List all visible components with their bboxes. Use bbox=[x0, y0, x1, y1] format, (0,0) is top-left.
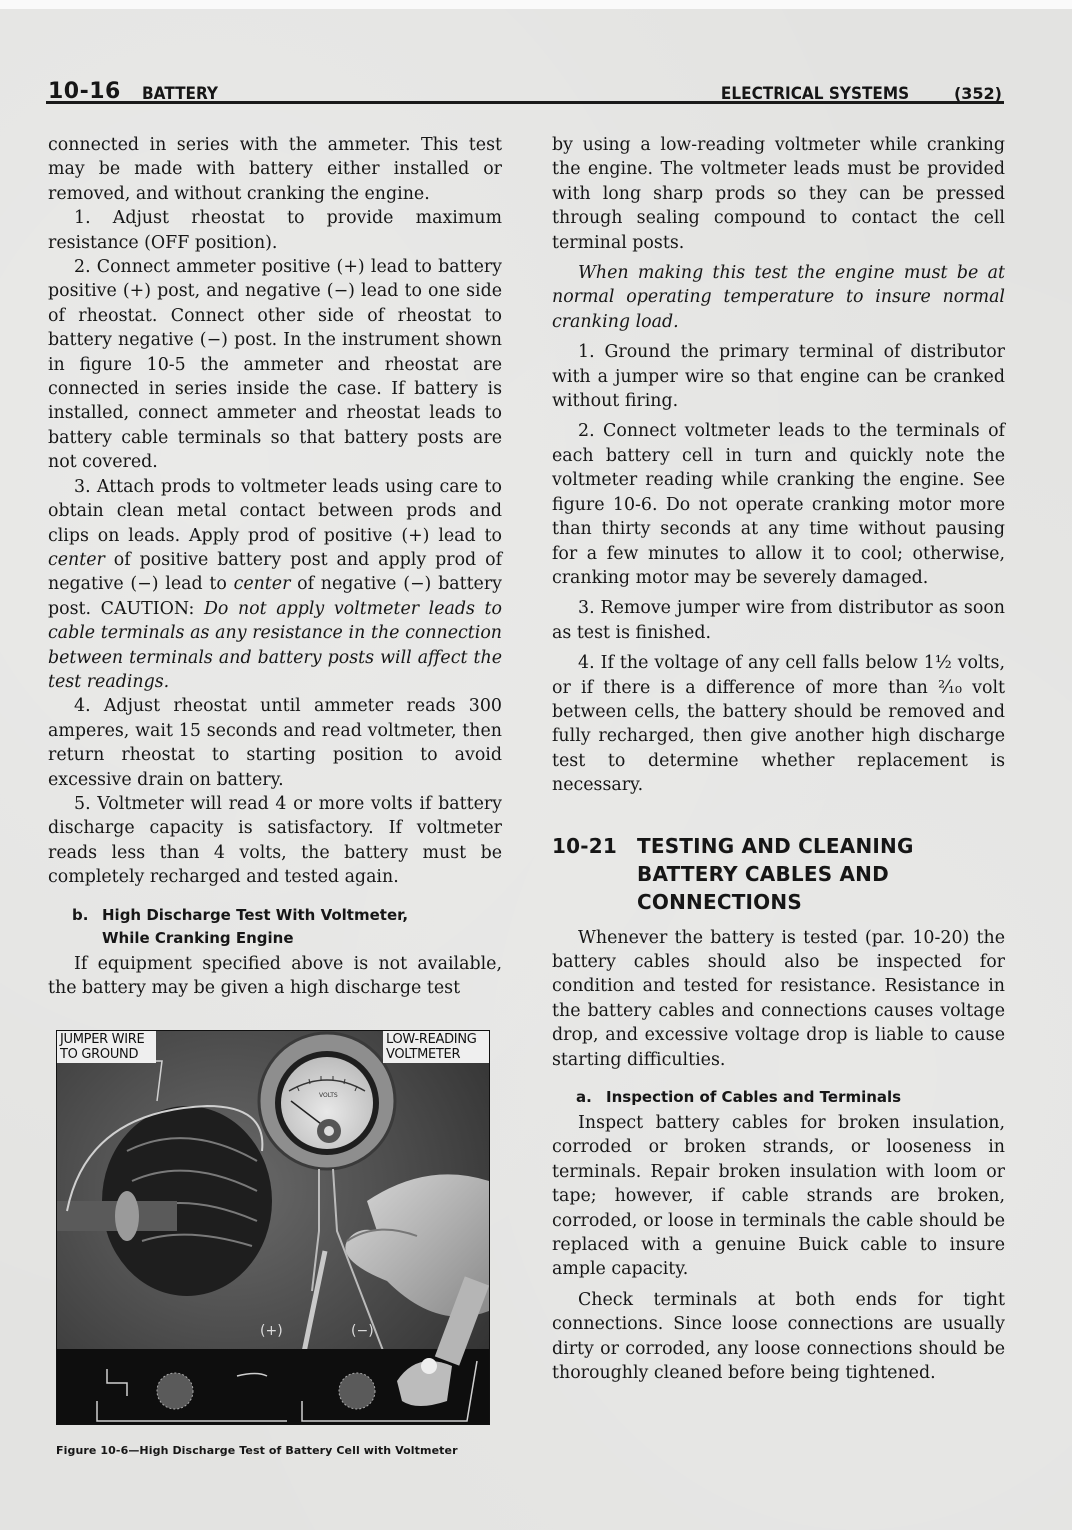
callout-jumper-wire: JUMPER WIRE TO GROUND bbox=[57, 1031, 156, 1063]
step-3-text: 3. Attach prods to voltmeter leads using… bbox=[48, 477, 502, 546]
step-5: 5. Voltmeter will read 4 or more volts i… bbox=[48, 792, 502, 890]
meter-face-text: VOLTS bbox=[319, 1092, 338, 1099]
step-2: 2. Connect ammeter positive (+) lead to … bbox=[48, 255, 502, 475]
running-header: 10-16 BATTERY ELECTRICAL SYSTEMS (352) bbox=[46, 82, 1004, 110]
scan-top-margin bbox=[0, 0, 1072, 9]
right-column: by using a low-reading voltmeter while c… bbox=[552, 133, 1005, 1385]
callout-voltmeter: LOW-READING VOLTMETER bbox=[383, 1031, 489, 1063]
paragraph: by using a low-reading voltmeter while c… bbox=[552, 133, 1005, 255]
photo-battery-test: VOLTS bbox=[57, 1031, 489, 1424]
section-number: 10-21 bbox=[552, 832, 617, 860]
step-1: 1. Ground the primary terminal of distri… bbox=[552, 340, 1005, 413]
subheading-text: While Cranking Engine bbox=[72, 927, 502, 950]
note-italic: When making this test the engine must be… bbox=[552, 261, 1005, 334]
figure-photo: VOLTS JUMPER WIRE TO GROUND LOW-READING … bbox=[56, 1030, 490, 1425]
step-4: 4. Adjust rheostat until ammeter reads 3… bbox=[48, 694, 502, 792]
paragraph: connected in series with the ammeter. Th… bbox=[48, 133, 502, 206]
paragraph: If equipment specified above is not avai… bbox=[48, 952, 502, 1001]
subheading-a: a.Inspection of Cables and Terminals bbox=[552, 1086, 1005, 1109]
subheading-label: b. bbox=[72, 904, 102, 927]
paragraph: Whenever the battery is tested (par. 10-… bbox=[552, 926, 1005, 1072]
step-2: 2. Connect voltmeter leads to the termin… bbox=[552, 419, 1005, 590]
subheading-text: High Discharge Test With Voltmeter, bbox=[102, 906, 408, 924]
step-3: 3. Remove jumper wire from distributor a… bbox=[552, 596, 1005, 645]
step-4: 4. If the voltage of any cell falls belo… bbox=[552, 651, 1005, 797]
paragraph: Inspect battery cables for broken insula… bbox=[552, 1111, 1005, 1282]
figure-caption: Figure 10-6—High Discharge Test of Batte… bbox=[56, 1444, 496, 1457]
step-1: 1. Adjust rheostat to provide maximum re… bbox=[48, 206, 502, 255]
subheading-b: b.High Discharge Test With Voltmeter, Wh… bbox=[48, 904, 502, 950]
section-heading-title: TESTING AND CLEANING BATTERY CABLES AND … bbox=[552, 832, 1005, 916]
emphasis-center: center bbox=[234, 574, 291, 594]
paragraph: Check terminals at both ends for tight c… bbox=[552, 1288, 1005, 1386]
subheading-text: Inspection of Cables and Terminals bbox=[606, 1088, 901, 1106]
step-3: 3. Attach prods to voltmeter leads using… bbox=[48, 475, 502, 695]
emphasis-center: center bbox=[48, 550, 105, 570]
section-heading: 10-21 TESTING AND CLEANING BATTERY CABLE… bbox=[552, 832, 1005, 916]
positive-post-marker: (+) bbox=[260, 1323, 283, 1339]
negative-post-marker: (−) bbox=[351, 1323, 374, 1339]
subheading-label: a. bbox=[576, 1086, 606, 1109]
left-column: connected in series with the ammeter. Th… bbox=[48, 133, 502, 1000]
header-rule bbox=[46, 101, 1004, 104]
fraction: ²⁄₁₀ bbox=[938, 678, 962, 698]
